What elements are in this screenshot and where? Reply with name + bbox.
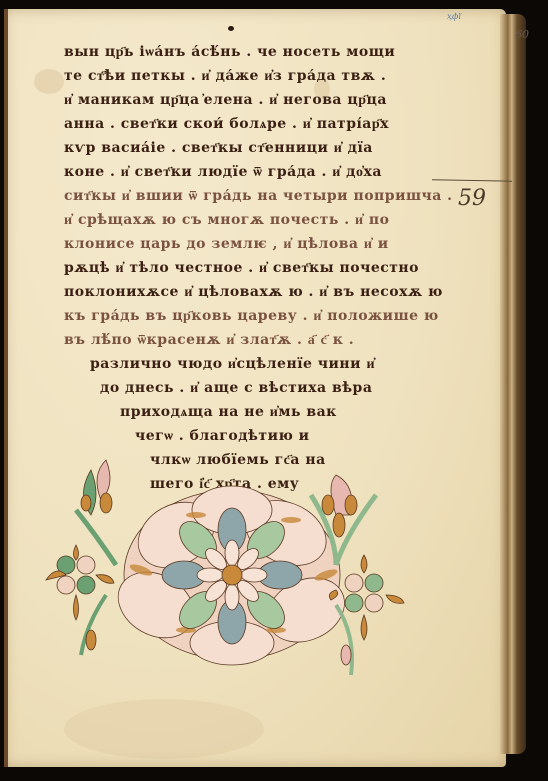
text-line: сит҃кы и҆ вшии ѿ гра́дь на четыри поприш…	[64, 188, 453, 205]
folio-mark: ҳфї	[447, 12, 461, 21]
text-line: чегѡ . благодѣтию и	[135, 428, 310, 445]
text-line: те ст҃ѣи петкы . и҆ да́же и҆з гра́да твѫ…	[64, 68, 386, 85]
text-line: до днесь . и҆ аще с вѣстиха вѣра	[100, 380, 372, 397]
text-line: и҆ срѣщахѫ ю съ многѫ почесть . и҆ по	[64, 212, 389, 229]
text-line: и҆ маникам цр҃ца ҆елена . и҆ негова цр҃ц…	[64, 92, 387, 109]
text-line: клонисе царь до землѥ , и҆ цѣлова и҆ и	[64, 236, 389, 253]
text-line: приходѧща на не и҆мь вак	[120, 404, 337, 421]
text-line: вын цр҃ь іѡа́нъ а́сѣ́нь . че носеть мощи	[64, 44, 395, 61]
text-line: коне . и҆ свет҃ки людїе ѿ гра́да . и҆ до…	[64, 164, 382, 181]
text-line: анна . свет҃ки скои́ болѧре . и҆ патрі́а…	[64, 116, 389, 133]
floral-ornament	[36, 455, 416, 690]
folio-number-top: 60	[515, 28, 529, 41]
paper-stain	[34, 69, 64, 94]
text-line: поклонихѫсе и҆ цѣловахѫ ю . и҆ въ несохѫ…	[64, 284, 443, 301]
page-left-edge	[4, 9, 8, 767]
rosette-outer	[106, 486, 355, 665]
book-page-edges	[500, 14, 526, 754]
paper-stain	[64, 699, 264, 759]
ink-mark	[228, 26, 234, 31]
text-line: въ лѣ́по ѿкрасенѫ и҆ злат҃ѫ . а҃ с҃ к .	[64, 332, 354, 349]
left-sprig	[46, 460, 116, 655]
text-line: къ гра́дь въ цр҃ковь цареву . и҆ положиш…	[64, 308, 439, 325]
text-line: кѵр васиа́іе . свет҃кы ст҃енници и҆ дїа	[64, 140, 373, 157]
folio-number-margin: 59	[458, 186, 486, 211]
text-line: рѫцѣ и҆ тѣло честное . и҆ свет҃кы почест…	[64, 260, 419, 277]
text-line: различно чюдо и҆сцѣленїе чини и҆	[90, 356, 375, 373]
